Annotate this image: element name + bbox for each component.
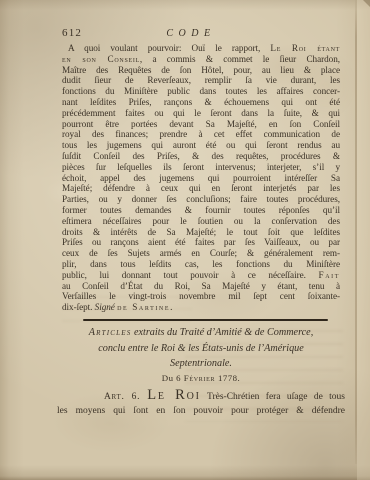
text-segment: ceux de ſes Sujets armés en Courſe; & gé… [62, 248, 340, 258]
text-segment: nant leſdites Priſes, rançons & échoueme… [62, 97, 340, 107]
text-line: conclu entre le Roi & les États-unis de … [32, 341, 370, 357]
text-segment: Fait [318, 270, 340, 280]
text-segment: extraits du Traité d’Amitié & de Commerc… [131, 327, 313, 338]
text-segment: . [170, 302, 172, 312]
text-line: échoit, appel des jugemens qui pourroien… [62, 173, 340, 184]
text-segment: Articles [89, 327, 132, 338]
text-line: royal des finances; prendre à cet effet … [62, 129, 340, 140]
text-segment: dudit ſieur de Reverſeaux, remplir ſa vi… [62, 75, 340, 85]
treaty-date: Du 6 Février 1778. [32, 373, 370, 384]
text-segment: en son Conseil [62, 54, 140, 64]
text-segment: pièces ſur leſquelles ils ſeront interve… [62, 162, 340, 172]
text-segment: public, lui donnant tout pouvoir à ce né… [62, 270, 318, 280]
text-line: ceux de ſes Sujets armés en Courſe; & gé… [62, 248, 340, 259]
text-segment: ſuſdit Conſeil des Priſes, & des requête… [62, 151, 340, 161]
text-segment: plir, dans tous leſdits cas, les fonctio… [62, 259, 340, 269]
text-segment: former toutes demandes & fournir toutes … [62, 205, 340, 215]
text-line: pourront être portées devant Sa Majeſté,… [62, 119, 340, 130]
text-segment: Février [184, 373, 215, 383]
text-segment: les moyens qui ſont en ſon pouvoir pour … [57, 406, 345, 416]
text-segment: Le Roi [147, 387, 201, 403]
text-segment: fonctions du Miniſtère public dans toute… [62, 86, 340, 96]
text-segment: échoit, appel des jugemens qui pourroien… [62, 173, 340, 183]
article-6-paragraph: Art. 6. Le Roi Très-Chrétien fera uſage … [57, 389, 345, 419]
text-segment: pourront être portées devant Sa Majeſté,… [62, 119, 340, 129]
text-line: plir, dans tous leſdits cas, les fonctio… [62, 259, 340, 270]
section-divider-rule [83, 319, 328, 321]
text-segment: dix-ſept. [62, 302, 95, 312]
text-line: dix-ſept. Signé de Sartine. [62, 302, 340, 313]
book-page: 612 CODE A quoi voulant pourvoir: Ouï le… [0, 0, 370, 480]
text-segment: Priſes ou rançons aient été faites par ſ… [62, 237, 340, 247]
text-line: tous les jugemens qui auront été ou qui … [62, 140, 340, 151]
text-segment: eſtimera néceſſaires pour le ſoutien ou … [62, 216, 340, 226]
text-line: pièces ſur leſquelles ils ſeront interve… [62, 162, 340, 173]
text-segment: 1778. [215, 373, 240, 383]
text-line: A quoi voulant pourvoir: Ouï le rapport,… [62, 43, 340, 54]
text-segment: Septentrionale. [170, 358, 232, 369]
text-line: Septentrionale. [32, 356, 370, 372]
text-segment: Verſailles le vingt-trois novembre mil ſ… [62, 291, 340, 301]
text-segment: Parties, ou y donner ſes concluſions; fa… [62, 194, 340, 204]
text-line: Verſailles le vingt-trois novembre mil ſ… [62, 291, 340, 302]
text-line: Majeſté; défendre à ceux qui en ſeront i… [62, 183, 340, 194]
text-segment: A quoi voulant pourvoir: Ouï le rapport, [68, 43, 270, 53]
text-line: en son Conseil, a commis & commet le ſie… [62, 54, 340, 65]
text-line: Articles extraits du Traité d’Amitié & d… [32, 325, 370, 341]
text-segment: Du 6 [162, 373, 184, 383]
text-line: droits & intérêts de Sa Majeſté; le tout… [62, 227, 340, 238]
text-segment: Très-Chrétien fera uſage de tous [201, 392, 345, 402]
text-line: précédemment faites ou qui le ſeront dan… [62, 108, 340, 119]
page-edge-shading [357, 0, 370, 480]
text-segment: Maître des Requêtes de ſon Hôtel, pour, … [62, 65, 340, 75]
text-segment: royal des finances; prendre à cet effet … [62, 129, 340, 139]
text-segment: Art. 6. [104, 392, 147, 402]
text-segment: tous les jugemens qui auront été ou qui … [62, 140, 340, 150]
text-segment: Signé [95, 302, 115, 312]
text-segment: au Conſeil d’État du Roi, Sa Majeſté y é… [62, 281, 340, 291]
text-line: nant leſdites Priſes, rançons & échoueme… [62, 97, 340, 108]
decree-paragraph: A quoi voulant pourvoir: Ouï le rapport,… [62, 43, 340, 313]
text-segment: , a commis & commet le ſieur Chardon, [140, 54, 340, 64]
text-segment: Majeſté; défendre à ceux qui en ſeront i… [62, 183, 340, 193]
page-edge-line [355, 0, 357, 464]
text-segment: précédemment faites ou qui le ſeront dan… [62, 108, 340, 118]
text-line: au Conſeil d’État du Roi, Sa Majeſté y é… [62, 281, 340, 292]
text-line: fonctions du Miniſtère public dans toute… [62, 86, 340, 97]
text-line: Parties, ou y donner ſes concluſions; fa… [62, 194, 340, 205]
text-line: dudit ſieur de Reverſeaux, remplir ſa vi… [62, 75, 340, 86]
text-line: public, lui donnant tout pouvoir à ce né… [62, 270, 340, 281]
text-line: eſtimera néceſſaires pour le ſoutien ou … [62, 216, 340, 227]
treaty-heading: Articles extraits du Traité d’Amitié & d… [32, 325, 370, 372]
text-line: former toutes demandes & fournir toutes … [62, 205, 340, 216]
text-segment: conclu entre le Roi & les États-unis de … [98, 343, 304, 354]
text-line: Priſes ou rançons aient été faites par ſ… [62, 237, 340, 248]
text-line: Art. 6. Le Roi Très-Chrétien fera uſage … [57, 389, 345, 405]
text-line: Du 6 Février 1778. [32, 373, 370, 384]
running-title: CODE [12, 28, 370, 39]
text-segment: Le Roi étant [270, 43, 340, 53]
text-segment: droits & intérêts de Sa Majeſté; le tout… [62, 227, 340, 237]
text-line: les moyens qui ſont en ſon pouvoir pour … [57, 405, 345, 419]
text-segment: de Sartine [117, 302, 170, 312]
text-line: Maître des Requêtes de ſon Hôtel, pour, … [62, 65, 340, 76]
text-line: ſuſdit Conſeil des Priſes, & des requête… [62, 151, 340, 162]
